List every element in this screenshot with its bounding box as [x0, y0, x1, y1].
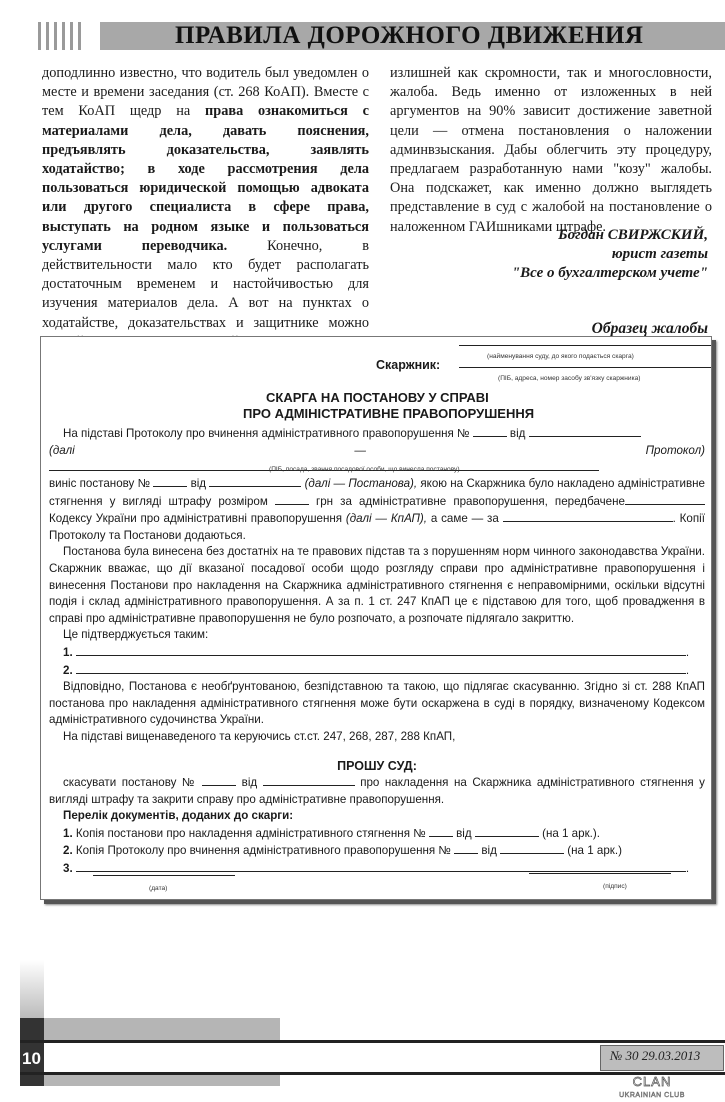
left-text-bold: права ознакомиться с материалами дела, д…: [42, 103, 369, 253]
form-title-line2: ПРО АДМІНІСТРАТИВНЕ ПРАВОПОРУШЕННЯ: [243, 406, 534, 423]
complaint-form: (найменування суду, до якого подається с…: [40, 336, 712, 900]
p7-from: від: [242, 776, 258, 789]
doc1-date-blank: [475, 825, 539, 837]
doc3-blank: [76, 860, 686, 872]
request-number-blank: [202, 774, 236, 786]
protocol-number-blank: [473, 425, 507, 437]
doc2-from: від: [481, 844, 497, 857]
section-title: ПРАВИЛА ДОРОЖНОГО ДВИЖЕНИЯ: [175, 22, 643, 50]
article-blank: [625, 493, 705, 505]
date-caption: (дата): [149, 881, 167, 898]
protocol-date-blank: [529, 425, 641, 437]
doc1-from: від: [456, 827, 472, 840]
doc2-pages: (на 1 арк.): [567, 844, 622, 857]
p5: Відповідно, Постанова є необґрунтованою,…: [49, 679, 705, 729]
footer-vertical-gradient: [20, 960, 44, 1018]
p2-from: від: [191, 477, 207, 490]
decision-number-blank: [153, 475, 187, 487]
p4: Це підтверджується таким:: [49, 627, 705, 644]
issue-number-date: № 30 29.03.2013: [610, 1048, 700, 1064]
p2-italic2: (далі — КпАП),: [346, 512, 427, 525]
request-date-blank: [263, 774, 355, 786]
doc1-number-blank: [429, 825, 453, 837]
author-role: юрист газеты: [512, 245, 708, 264]
signature-line: [529, 873, 671, 874]
header-stripes-decoration: [38, 22, 88, 50]
p3: Постанова була винесена без достатніх на…: [49, 544, 705, 627]
doc2-number-blank: [454, 842, 478, 854]
p2-c: грн за адміністративне правопорушення, п…: [316, 495, 625, 508]
docs-heading: Перелік документів, доданих до скарги:: [63, 809, 293, 822]
article-left-column: доподлинно известно, что водитель был ув…: [42, 64, 369, 371]
footer-rule-top: [20, 1040, 725, 1043]
fine-amount-blank: [275, 493, 309, 505]
p6: На підставі вищенаведеного та керуючись …: [49, 729, 705, 746]
clan-logo-subtitle: UKRAINIAN CLUB: [610, 1092, 694, 1099]
p2-a: виніс постанову №: [49, 477, 150, 490]
claimant-label: Скаржник:: [376, 357, 440, 374]
author-publication: "Все о бухгалтерском учете": [512, 264, 708, 283]
p1-text: На підставі Протоколу про вчинення адмін…: [63, 427, 469, 440]
court-caption: (найменування суду, до якого подається с…: [487, 349, 634, 366]
doc1: Копія постанови про накладення адміністр…: [76, 827, 426, 840]
form-title-line1: СКАРГА НА ПОСТАНОВУ У СПРАВІ: [266, 390, 489, 407]
footer-white-strip: [44, 1043, 584, 1072]
request-heading: ПРОШУ СУД:: [49, 758, 705, 775]
decision-date-blank: [209, 475, 301, 487]
doc1-num: 1.: [63, 827, 73, 840]
p7-a: скасувати постанову №: [63, 776, 197, 789]
violation-blank: [503, 510, 673, 522]
doc2: Копія Протоколу про вчинення адміністрат…: [76, 844, 451, 857]
p2-d: Кодексу України про адміністративні прав…: [49, 512, 342, 525]
page-number: 10: [22, 1049, 41, 1069]
author-name: Богдан СВИРЖСКИЙ,: [512, 226, 708, 245]
p1-italic: (далі — Протокол): [49, 444, 705, 457]
item2-num: 2.: [63, 664, 73, 677]
claimant-caption: (ПІБ, адреса, номер засобу зв'язку скарж…: [498, 371, 641, 388]
left-text-b: Конечно, в действительности мало кто буд…: [42, 238, 369, 350]
date-line: [93, 875, 235, 876]
p2-e: а саме — за: [431, 512, 499, 525]
signature-caption: (підпис): [603, 879, 627, 896]
right-paragraph-1: излишней как скромности, так и многослов…: [390, 64, 712, 237]
item2-blank: [76, 662, 686, 674]
form-body-2: виніс постанову № від (далі — Постанова)…: [49, 475, 705, 878]
p2-italic: (далі — Постанова),: [305, 477, 418, 490]
item1-num: 1.: [63, 646, 73, 659]
claimant-line: [459, 367, 711, 368]
clan-logo-icon: CLAN: [612, 1074, 692, 1089]
article-right-column: излишней как скромности, так и многослов…: [390, 64, 712, 237]
item1-blank: [76, 644, 686, 656]
doc3-num: 3.: [63, 862, 73, 875]
p1-from: від: [510, 427, 526, 440]
court-name-line: [459, 345, 711, 346]
doc1-pages: (на 1 арк.).: [542, 827, 600, 840]
doc2-num: 2.: [63, 844, 73, 857]
author-signature: Богдан СВИРЖСКИЙ, юрист газеты "Все о бу…: [512, 226, 708, 283]
doc2-date-blank: [500, 842, 564, 854]
